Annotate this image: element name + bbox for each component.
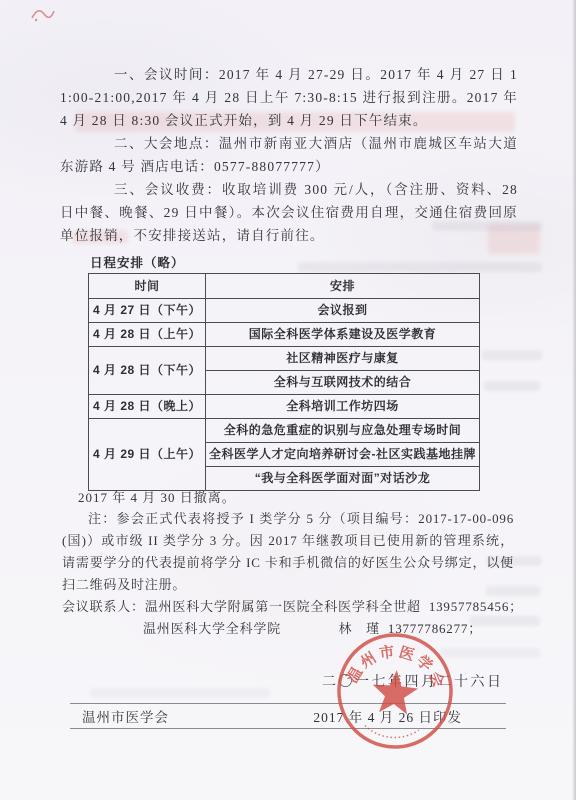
notes-block: 注：参会正式代表将授予 I 类学分 5 分（项目编号：2017-17-00-09…: [62, 508, 514, 640]
contact-label: 会议联系人：: [62, 596, 145, 618]
column-header-time: 时间: [89, 274, 206, 299]
cell-time: 4 月 29 日（上午）: [89, 419, 206, 491]
table-row: 4 月 29 日（上午） 全科的急危重症的识别与应急处理专场时间: [89, 419, 480, 443]
body-paragraphs: 一、会议时间：2017 年 4 月 27-29 日。2017 年 4 月 27 …: [60, 63, 518, 247]
cell-arrangement: 社区精神医疗与康复: [206, 347, 480, 371]
table-header-row: 时间 安排: [89, 274, 480, 299]
cell-arrangement: 全科医学人才定向培养研讨会-社区实践基地挂牌: [206, 443, 480, 467]
star-icon: [370, 668, 419, 715]
seal-serial-arc: [364, 726, 419, 740]
contact-org: 温州医科大学全科学院: [143, 618, 281, 640]
table-row: 4 月 28 日（晚上） 全科培训工作坊四场: [89, 395, 480, 419]
cell-time: 4 月 28 日（晚上）: [89, 395, 206, 419]
paragraph-meeting-time: 一、会议时间：2017 年 4 月 27-29 日。2017 年 4 月 27 …: [60, 63, 518, 132]
table-row: 4 月 27 日（下午） 会议报到: [89, 299, 480, 323]
contact-line: 会议联系人：温州医科大学附属第一医院全科医学科 全世超 13957785456；: [62, 596, 482, 618]
bleed-through-artifact: [484, 381, 540, 391]
cell-arrangement: 全科的急危重症的识别与应急处理专场时间: [206, 419, 480, 443]
cell-arrangement: 国际全科医学体系建设及医学教育: [206, 323, 480, 347]
cell-arrangement: 全科与互联网技术的结合: [206, 371, 480, 395]
paragraph-fee: 三、会议收费：收取培训费 300 元/人，（含注册、资料、28 日中餐、晚餐、2…: [60, 178, 518, 247]
schedule-title: 日程安排（略）: [90, 253, 185, 271]
bleed-through-artifact: [90, 688, 270, 698]
cell-time: 4 月 28 日（上午）: [89, 323, 206, 347]
credit-note: 注：参会正式代表将授予 I 类学分 5 分（项目编号：2017-17-00-09…: [62, 508, 514, 596]
cell-time: 4 月 27 日（下午）: [89, 299, 206, 323]
table-row: 4 月 28 日（上午） 国际全科医学体系建设及医学教育: [89, 323, 480, 347]
contact-org: 温州医科大学附属第一医院全科医学科: [145, 596, 380, 618]
cell-arrangement: “我与全科医学面对面”对话沙龙: [206, 467, 480, 491]
footer-issuer: 温州市医学会: [82, 706, 169, 726]
departure-note: 2017 年 4 月 30 日撤离。: [78, 487, 236, 506]
bleed-through-artifact: [482, 350, 542, 360]
table-row: 4 月 28 日（下午） 社区精神医疗与康复: [89, 347, 480, 371]
paragraph-venue: 二、大会地点：温州市新南亚大酒店（温州市鹿城区车站大道东游路 4 号 酒店电话：…: [60, 132, 518, 178]
red-pen-mark-icon: [30, 4, 56, 24]
cell-arrangement: 全科培训工作坊四场: [206, 395, 480, 419]
cell-time: 4 月 28 日（下午）: [89, 347, 206, 395]
document-page: 一、会议时间：2017 年 4 月 27-29 日。2017 年 4 月 27 …: [0, 0, 576, 800]
column-header-arrangement: 安排: [206, 274, 480, 299]
official-seal: 温州市医学会: [330, 626, 460, 756]
contact-phone: 13957785456；: [429, 596, 523, 618]
contact-name: 全世超: [379, 596, 420, 618]
schedule-table: 时间 安排 4 月 27 日（下午） 会议报到 4 月 28 日（上午） 国际全…: [88, 273, 480, 491]
bleed-through-artifact: [298, 262, 542, 272]
cell-arrangement: 会议报到: [206, 299, 480, 323]
